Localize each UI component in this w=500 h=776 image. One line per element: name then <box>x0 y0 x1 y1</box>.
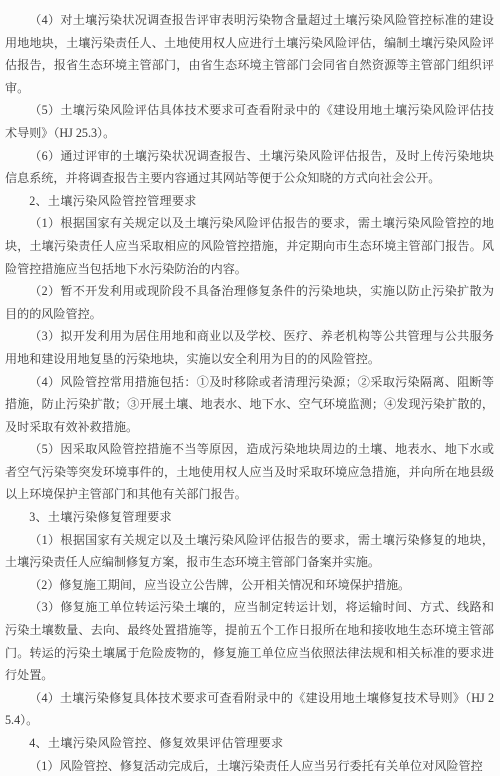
section-heading: 3、土壤污染修复管理要求 <box>5 506 494 529</box>
paragraph: （3）拟开发利用为居住用地和商业以及学校、医疗、养老机构等公共管理与公共服务用地… <box>5 325 494 370</box>
paragraph: （4）土壤污染修复具体技术要求可查看附录中的《建设用地土壤修复技术导则》（HJ … <box>5 687 494 732</box>
paragraph: （1）风险管控、修复活动完成后，土壤污染责任人应当另行委托有关单位对风险管控 <box>5 755 494 776</box>
paragraph: （4）对土壤污染状况调查报告评审表明污染物含量超过土壤污染风险管控标准的建设用地… <box>5 9 494 99</box>
paragraph: （1）根据国家有关规定以及土壤污染风险评估报告的要求，需土壤污染风险管控的地块，… <box>5 212 494 280</box>
paragraph: （3）修复施工单位转运污染土壤的，应当制定转运计划，将运输时间、方式、线路和污染… <box>5 596 494 686</box>
paragraph: （6）通过评审的土壤污染状况调查报告、土壤污染风险评估报告，及时上传污染地块信息… <box>5 145 494 190</box>
paragraph: （2）暂不开发利用或现阶段不具备治理修复条件的污染地块，实施以防止污染扩散为目的… <box>5 280 494 325</box>
paragraph: （1）根据国家有关规定以及土壤污染风险评估报告的要求，需土壤污染修复的地块，土壤… <box>5 529 494 574</box>
document-page: （4）对土壤污染状况调查报告评审表明污染物含量超过土壤污染风险管控标准的建设用地… <box>0 0 500 776</box>
paragraph: （5）土壤污染风险评估具体技术要求可查看附录中的《建设用地土壤污染风险评估技术导… <box>5 99 494 144</box>
section-heading: 4、土壤污染风险管控、修复效果评估管理要求 <box>5 732 494 755</box>
paragraph: （5）因采取风险管控措施不当等原因，造成污染地块周边的土壤、地表水、地下水或者空… <box>5 438 494 506</box>
document-body: （4）对土壤污染状况调查报告评审表明污染物含量超过土壤污染风险管控标准的建设用地… <box>5 9 494 776</box>
paragraph: （2）修复施工期间，应当设立公告牌，公开相关情况和环境保护措施。 <box>5 574 494 597</box>
paragraph: （4）风险管控常用措施包括：①及时移除或者清理污染源；②采取污染隔离、阻断等措施… <box>5 371 494 439</box>
section-heading: 2、土壤污染风险管控管理要求 <box>5 190 494 213</box>
